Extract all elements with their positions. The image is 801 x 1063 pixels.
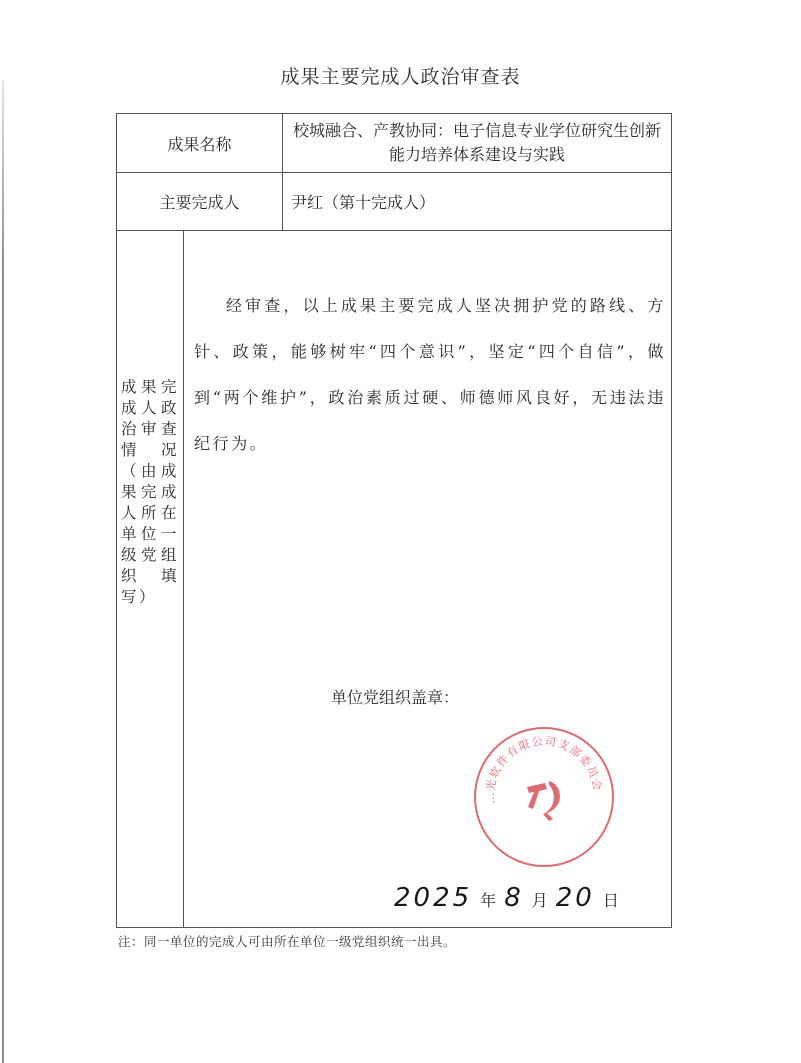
date-month: 8 — [504, 883, 524, 913]
seal-label: 单位党组织盖章： — [331, 685, 459, 708]
row-political-review: 成果完成人政治审查情况（由成果完成人所在单位一级党组织填写） 经审查，以上成果主… — [117, 231, 671, 927]
date-year: 2025 — [394, 883, 472, 913]
review-statement: 经审查，以上成果主要完成人坚决拥护党的路线、方针、政策，能够树牢“四个意识”，坚… — [194, 283, 666, 467]
document-title: 成果主要完成人政治审查表 — [0, 62, 801, 89]
party-organization-seal: …光软件有限公司支部委员会 — [474, 727, 614, 867]
main-contributor-value: 尹红（第十完成人） — [283, 173, 671, 230]
signature-date: 2025 年 8 月 20 日 — [394, 883, 619, 913]
footnote: 注：同一单位的完成人可由所在单位一级党组织统一出具。 — [118, 932, 456, 950]
date-day-unit: 日 — [603, 888, 619, 911]
achievement-name-value: 校城融合、产教协同：电子信息专业学位研究生创新能力培养体系建设与实践 — [283, 114, 671, 172]
row-achievement-name: 成果名称 校城融合、产教协同：电子信息专业学位研究生创新能力培养体系建设与实践 — [117, 114, 671, 173]
political-review-label: 成果完成人政治审查情况（由成果完成人所在单位一级党组织填写） — [121, 377, 179, 608]
political-review-label-cell: 成果完成人政治审查情况（由成果完成人所在单位一级党组织填写） — [117, 231, 184, 927]
date-year-unit: 年 — [480, 888, 496, 911]
date-month-unit: 月 — [532, 888, 548, 911]
date-day: 20 — [556, 883, 595, 913]
row-main-contributor: 主要完成人 尹红（第十完成人） — [117, 173, 671, 231]
main-contributor-label: 主要完成人 — [117, 173, 283, 230]
political-review-content: 经审查，以上成果主要完成人坚决拥护党的路线、方针、政策，能够树牢“四个意识”，坚… — [184, 231, 671, 927]
review-form-table: 成果名称 校城融合、产教协同：电子信息专业学位研究生创新能力培养体系建设与实践 … — [116, 113, 672, 928]
achievement-name-label: 成果名称 — [117, 114, 283, 172]
hammer-sickle-icon — [519, 773, 569, 823]
page-edge-shadow — [2, 80, 4, 1063]
